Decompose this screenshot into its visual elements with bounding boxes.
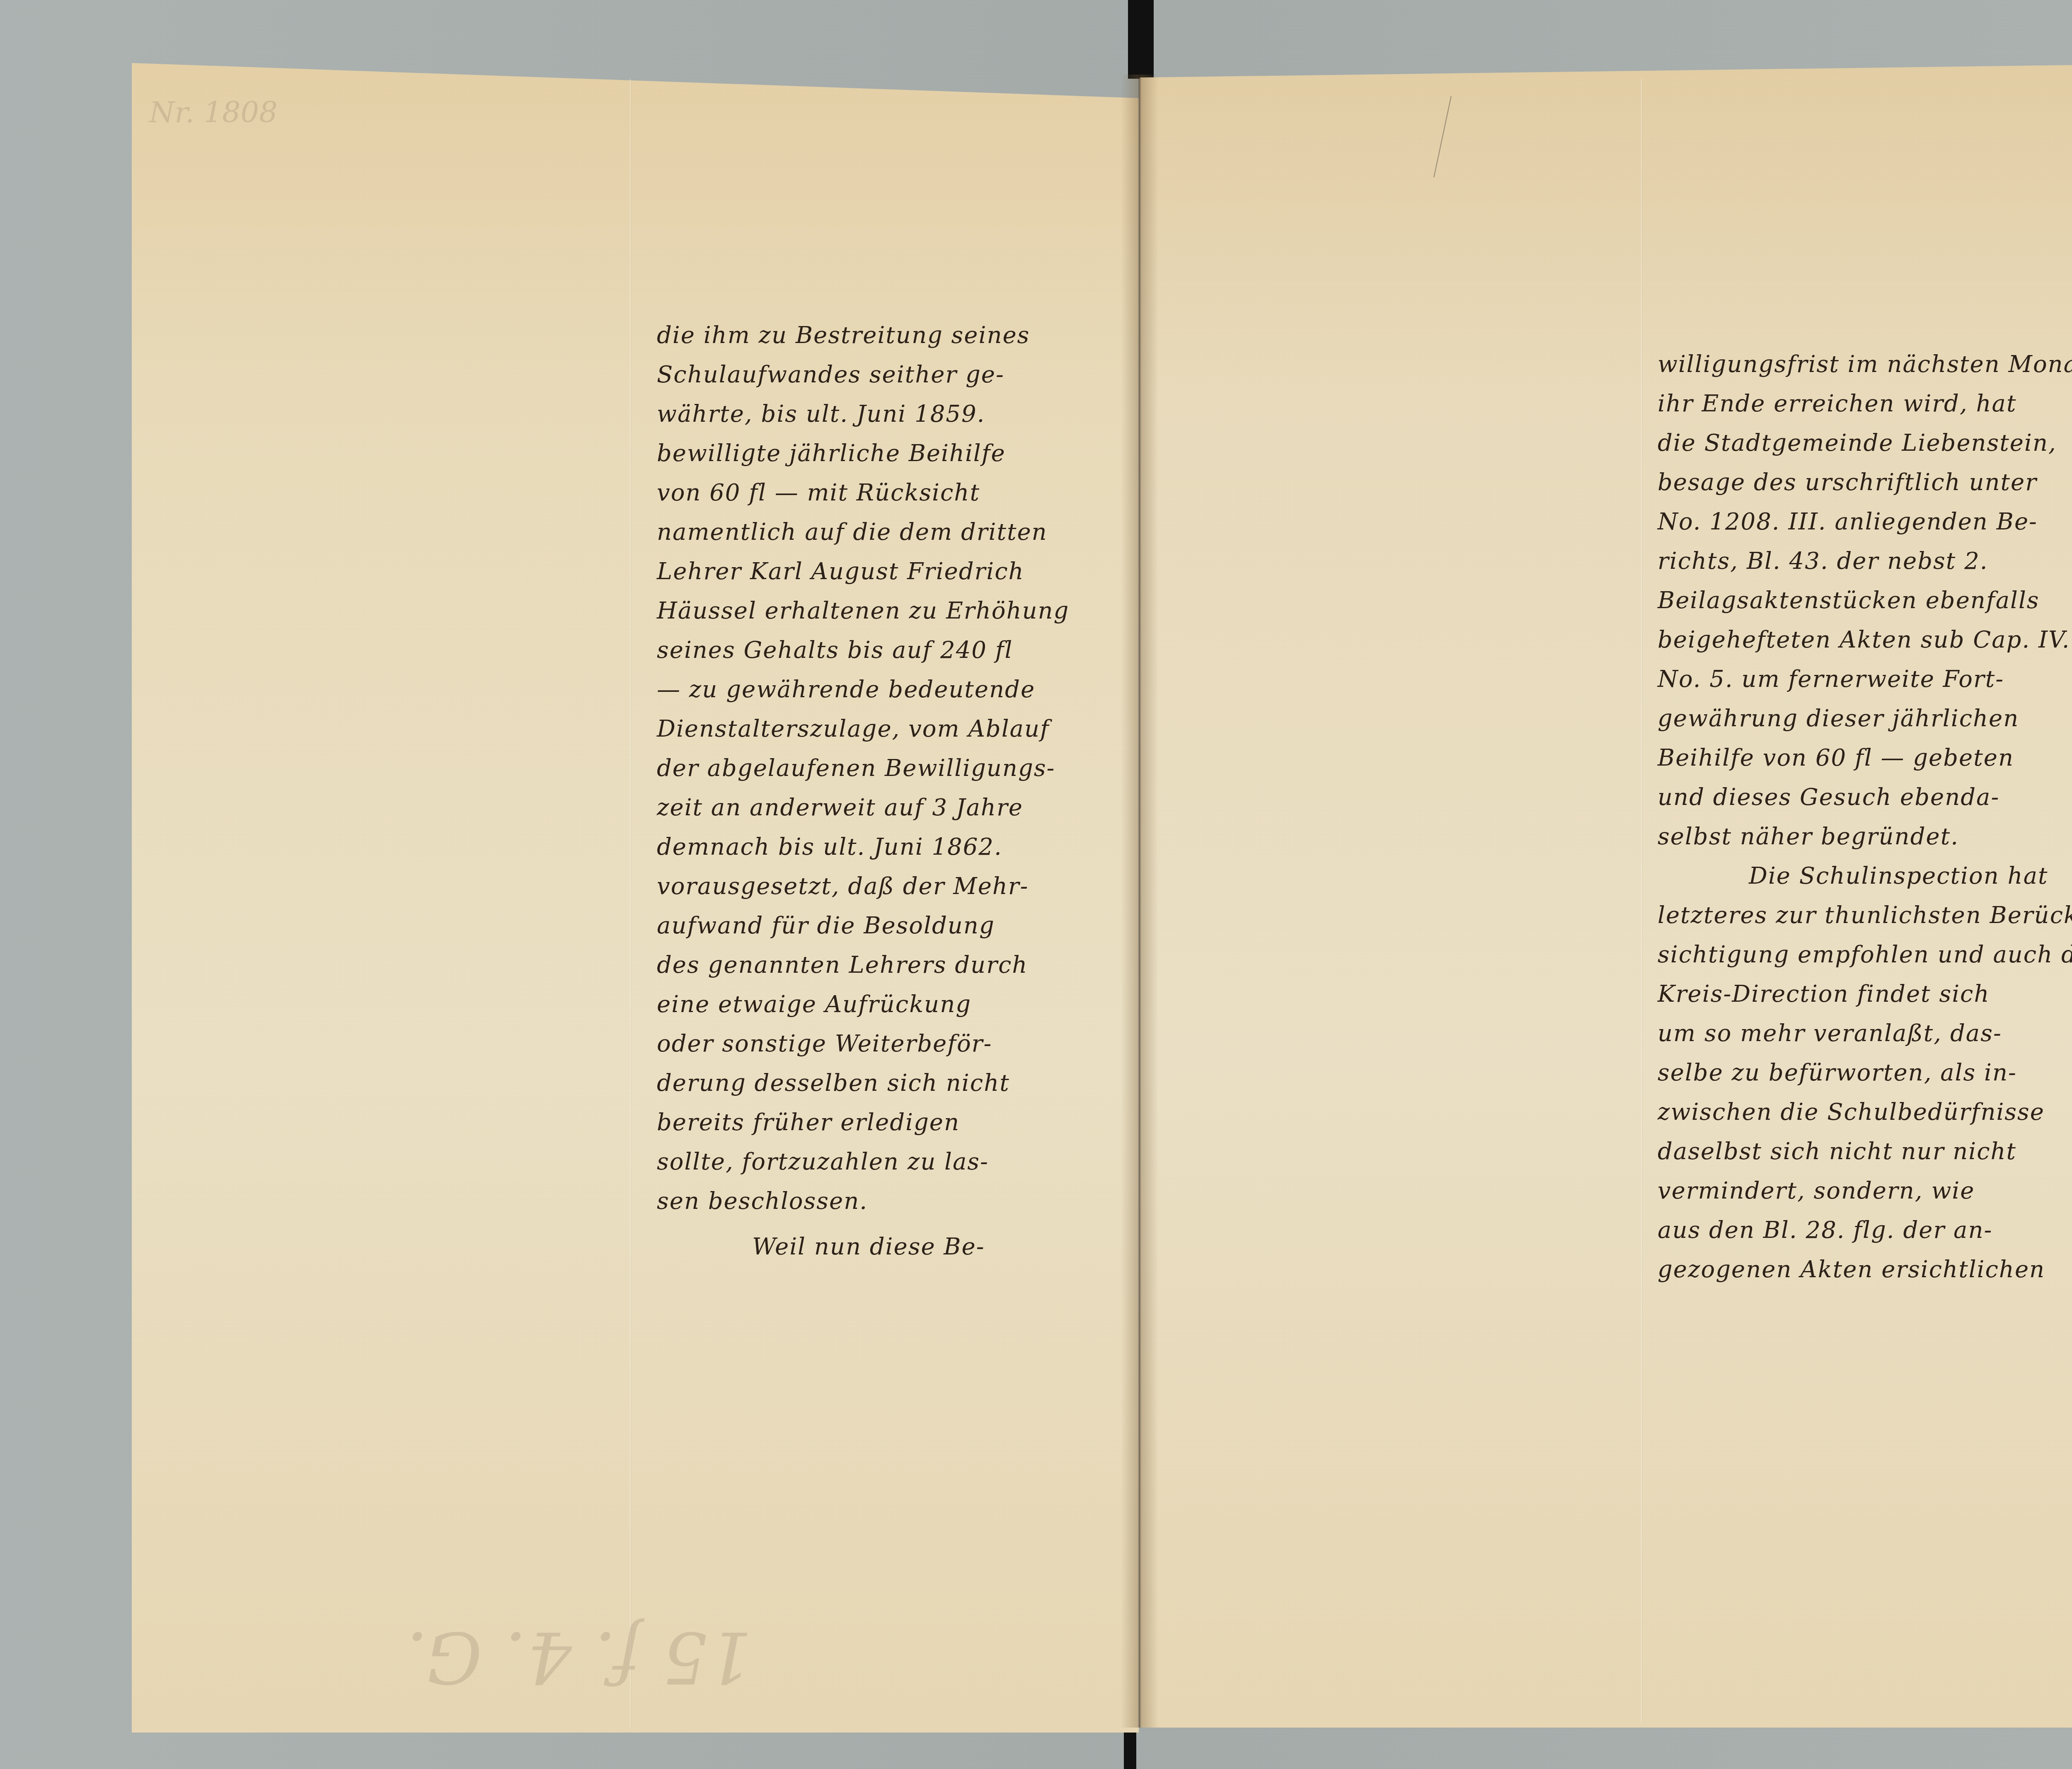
text-line: sen beschlossen. [657,1185,868,1218]
text-line: gezogenen Akten ersichtlichen [1658,1253,2045,1286]
right-page-fold-line [1641,79,1642,1723]
text-line: aus den Bl. 28. flg. der an- [1658,1214,1992,1247]
text-line: zwischen die Schulbedürfnisse [1658,1096,2045,1129]
text-line: ihr Ende erreichen wird, hat [1658,387,2016,420]
text-line: Beihilfe von 60 fl — gebeten [1658,742,2014,775]
text-line: die ihm zu Bestreitung seines [657,319,1030,352]
text-line: letzteres zur thunlichsten Berück- [1658,899,2072,932]
text-line: Die Schulinspection hat [1749,860,2048,893]
text-line: oder sonstige Weiterbeför- [657,1027,992,1061]
text-line: willigungsfrist im nächsten Monat [1658,348,2072,381]
text-line: zeit an anderweit auf 3 Jahre [657,791,1023,824]
text-line: sichtigung empfohlen und auch die [1658,938,2072,972]
text-line: Lehrer Karl August Friedrich [657,555,1024,588]
text-line: No. 5. um fernerweite Fort- [1658,663,2004,696]
text-line: besage des urschriftlich unter [1658,466,2037,499]
text-line: namentlich auf die dem dritten [657,516,1048,549]
left-page-bleed-through-bottom: 15 f. 4. G. [406,1616,752,1698]
binding-strip-top [1128,0,1154,79]
text-line: bereits früher erledigen [657,1106,960,1139]
text-line: und dieses Gesuch ebenda- [1658,781,1999,814]
text-line: — zu gewährende bedeutende [657,673,1035,706]
text-line: selbst näher begründet. [1658,820,1959,853]
text-line: Häussel erhaltenen zu Erhöhung [657,594,1069,628]
text-line: bewilligte jährliche Beihilfe [657,437,1006,470]
text-line: vermindert, sondern, wie [1658,1174,1975,1208]
text-line: beigehefteten Akten sub Cap. IV. [1658,623,2070,657]
text-line: vorausgesetzt, daß der Mehr- [657,870,1029,903]
text-line: der abgelaufenen Bewilligungs- [657,752,1055,785]
text-line: Dienstalterszulage, vom Ablauf [657,713,1050,746]
text-line: des genannten Lehrers durch [657,949,1028,982]
text-line: daselbst sich nicht nur nicht [1658,1135,2016,1168]
text-line: demnach bis ult. Juni 1862. [657,831,1002,864]
text-line: von 60 fl — mit Rücksicht [657,476,980,510]
text-line: sollte, fortzuzahlen zu las- [657,1145,989,1179]
text-line: Kreis-Direction findet sich [1658,978,1990,1011]
text-line: eine etwaige Aufrückung [657,988,971,1021]
text-line: selbe zu befürworten, als in- [1658,1056,2017,1090]
text-line: gewährung dieser jährlichen [1658,702,2019,735]
text-line: währte, bis ult. Juni 1859. [657,398,985,431]
text-line: No. 1208. III. anliegenden Be- [1658,505,2038,539]
text-line: richts, Bl. 43. der nebst 2. [1658,545,1988,578]
text-line: die Stadtgemeinde Liebenstein, [1658,427,2057,460]
text-line: aufwand für die Besoldung [657,909,995,943]
right-page [1140,64,2072,1728]
left-page-fold-line [630,79,631,1728]
text-line: Beilagsaktenstücken ebenfalls [1658,584,2040,617]
text-line: um so mehr veranlaßt, das- [1658,1017,2002,1050]
text-line: Schulaufwandes seither ge- [657,358,1005,391]
text-line: seines Gehalts bis auf 240 fl [657,634,1013,667]
left-page-bleed-through-top: Nr. 1808 [149,95,278,129]
text-line: Weil nun diese Be- [752,1230,985,1264]
book-gutter [1121,75,1158,1728]
text-line: derung desselben sich nicht [657,1067,1010,1100]
